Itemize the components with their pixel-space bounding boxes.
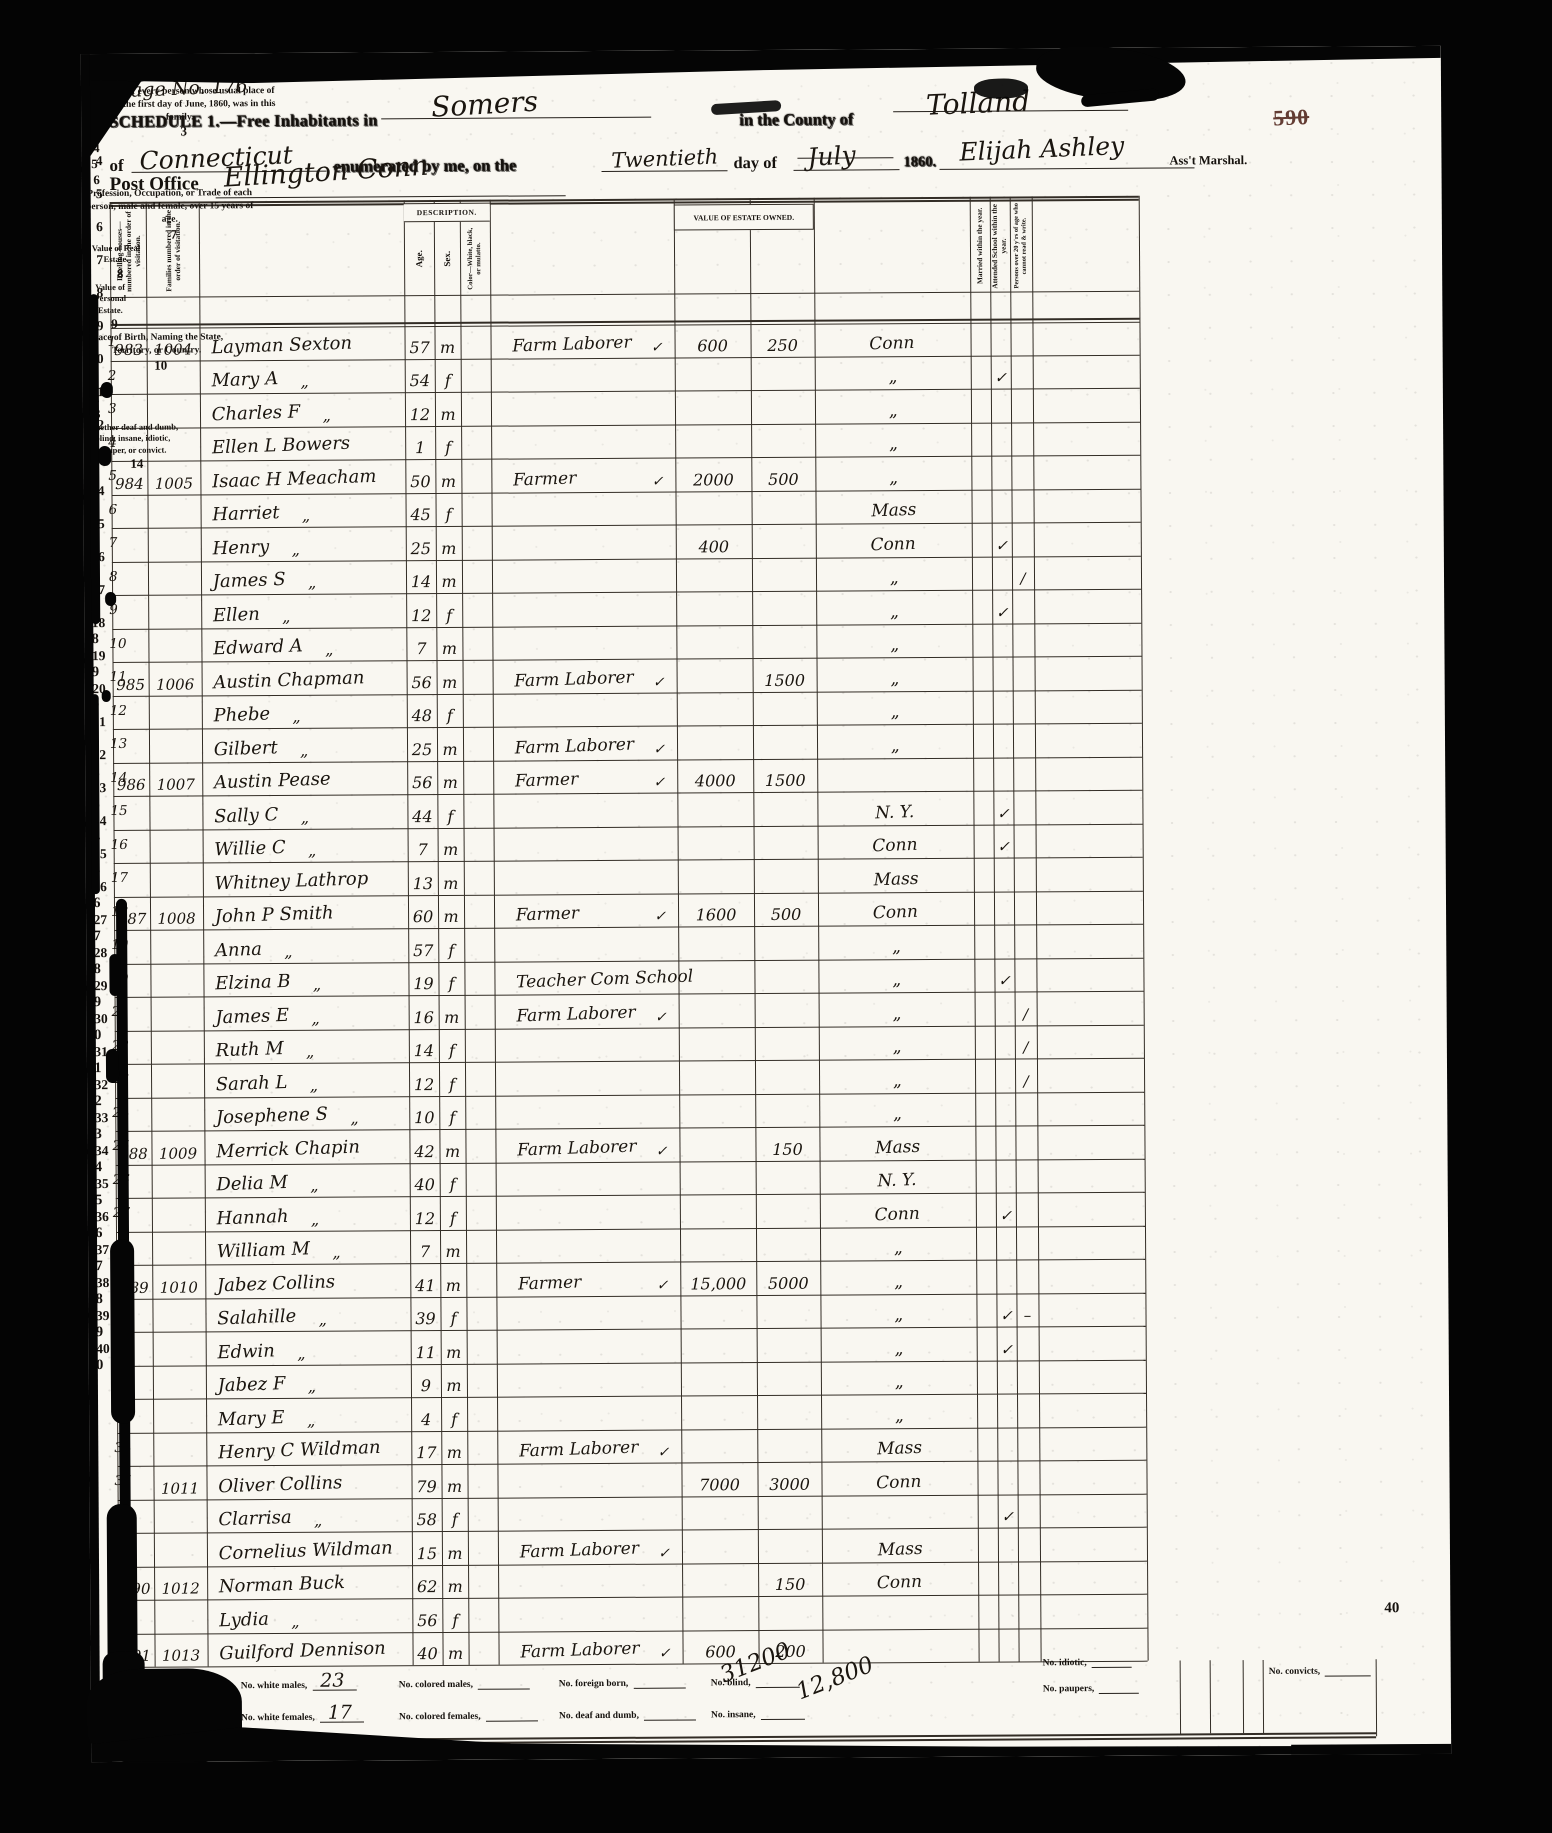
ditto-mark: „ [332, 1243, 340, 1262]
cell-cannot-read-mark-text: – [1024, 1306, 1032, 1324]
column-header-label: Families numbered in the order of visita… [163, 208, 182, 295]
cell-real-estate-value: 400 [677, 524, 751, 558]
cell-sex-text: m [443, 840, 458, 859]
cell-sex: f [437, 593, 461, 627]
cell-sex-text: f [448, 974, 454, 993]
cell-birthplace: „ [818, 724, 972, 758]
year-printed: 1860. [903, 154, 936, 171]
cell-age: 41 [411, 1263, 439, 1297]
row-number-left-handwritten: 1 [108, 334, 117, 350]
day-blank-line [602, 170, 728, 172]
cell-sex: f [443, 1598, 467, 1632]
cell-birthplace-text: „ [890, 668, 899, 688]
person-name: Edward A [213, 635, 303, 659]
cell-family-number: 1012 [155, 1566, 206, 1600]
cell-sex: f [441, 1162, 465, 1196]
cell-age: 39 [411, 1297, 439, 1331]
cell-sex: m [442, 1363, 466, 1397]
cell-attended-school-mark-text: ✓ [997, 804, 1010, 822]
cell-age-text: 56 [412, 773, 432, 792]
cell-sex: f [440, 1028, 464, 1062]
cell-cannot-read-mark: / [1016, 991, 1036, 1025]
cell-real-estate-value: 1600 [679, 893, 753, 927]
ink-blob [105, 592, 116, 606]
column-line [490, 200, 500, 1665]
cell-family-number-text: 1012 [162, 1579, 200, 1597]
cell-birthplace: „ [817, 623, 971, 657]
cell-family-number-text: 1011 [161, 1479, 199, 1497]
column-line [674, 199, 684, 1664]
cell-personal-estate-value-text: 150 [775, 1575, 806, 1594]
person-name: Delia M [216, 1172, 288, 1195]
person-name: Ellen [213, 603, 261, 626]
cell-age-text: 12 [415, 1209, 435, 1228]
cell-name: Norman Buck [219, 1565, 410, 1600]
cell-birthplace: Mass [816, 489, 970, 523]
description-section-label: DESCRIPTION. [404, 204, 490, 223]
cell-dwelling-number: 984 [112, 461, 146, 495]
cell-birthplace: N. Y. [821, 1159, 975, 1193]
cell-attended-school-mark: ✓ [998, 1326, 1016, 1360]
cell-birthplace-text: „ [889, 601, 898, 621]
ditto-mark: „ [325, 640, 333, 659]
cell-profession: Farm Laborer✓ [515, 659, 665, 693]
cell-birthplace: „ [821, 1293, 975, 1327]
cell-birthplace-text: „ [889, 568, 898, 588]
cell-age-text: 11 [415, 1343, 435, 1362]
cell-name: Ellen L Bowers [212, 426, 403, 461]
ditto-mark: „ [291, 1611, 299, 1630]
cell-birthplace-text: Mass [870, 500, 916, 522]
cell-sex-text: f [450, 1309, 456, 1328]
footer-right-line [1376, 1659, 1378, 1736]
cell-personal-estate-value-text: 500 [771, 905, 802, 924]
marshal-handwritten: Elijah Ashley [959, 131, 1125, 167]
cell-birthplace: Conn [819, 824, 973, 858]
cell-profession: Farmer✓ [515, 759, 665, 793]
person-name: James E [215, 1004, 289, 1027]
cell-birthplace: „ [822, 1394, 976, 1428]
cell-birthplace-text: „ [894, 1372, 903, 1392]
cell-name: Sarah L„ [216, 1062, 407, 1097]
cell-birthplace-text: Conn [876, 1471, 922, 1493]
cell-attended-school-mark: ✓ [993, 522, 1011, 556]
cell-birthplace-text: „ [892, 1104, 901, 1124]
person-name: Norman Buck [219, 1572, 346, 1597]
cell-age-text: 12 [410, 405, 430, 424]
person-name: Ruth M [215, 1038, 284, 1061]
ink-blob [106, 1049, 119, 1083]
cell-age-text: 50 [410, 472, 430, 491]
footer-item-insane_label: No. insane, [711, 1700, 805, 1721]
cell-sex: f [440, 1062, 464, 1096]
row-number-left-handwritten: 15 [110, 803, 127, 819]
marshal-blank-line [940, 167, 1195, 170]
cell-sex-text: f [445, 438, 451, 457]
census-scan-page: Page No. 176 SCHEDULE 1.—Free Inhabitant… [81, 46, 1451, 1762]
cell-birthplace: „ [820, 992, 974, 1026]
cell-name: Layman Sexton [211, 325, 402, 360]
cell-attended-school-mark: ✓ [997, 1192, 1015, 1226]
cell-age: 14 [407, 560, 435, 594]
cell-real-estate-value: 4000 [678, 759, 752, 793]
page-stamp: 590 [1273, 104, 1310, 131]
cell-sex: m [437, 626, 461, 660]
cell-real-estate-value-text: 4000 [695, 771, 736, 790]
cell-birthplace: „ [822, 1360, 976, 1394]
footer-blank-line [761, 1705, 805, 1720]
cell-sex: m [443, 1631, 467, 1665]
cell-personal-estate-value: 1500 [754, 758, 816, 792]
cell-attended-school-mark-text: ✓ [1000, 1307, 1013, 1325]
footer-blank-line [1099, 1679, 1139, 1694]
cell-sex-text: m [446, 1376, 461, 1395]
cell-personal-estate-value: 500 [752, 457, 814, 491]
cell-cannot-read-mark: – [1017, 1293, 1037, 1327]
cell-name: Elzina B„ [215, 962, 406, 997]
cell-family-number-text: 1006 [156, 675, 194, 693]
cell-sex-text: m [448, 1644, 463, 1663]
footer-column-line [1263, 1660, 1265, 1733]
profession-check-mark: ✓ [656, 1143, 668, 1159]
cell-age: 44 [408, 794, 436, 828]
cell-age-text: 1 [415, 438, 425, 457]
cell-sex: m [442, 1464, 466, 1498]
cell-age: 14 [410, 1029, 438, 1063]
profession-text: Farmer [515, 903, 579, 925]
cell-age: 25 [408, 727, 436, 761]
person-name: Gilbert [213, 737, 278, 760]
row-number-left-handwritten: 16 [111, 836, 128, 852]
cell-attended-school-mark-text: ✓ [998, 972, 1011, 990]
cell-birthplace: „ [817, 657, 971, 691]
cell-real-estate-value: 2000 [676, 457, 750, 491]
cell-name: Merrick Chapin [216, 1129, 407, 1164]
cell-family-number-text: 1009 [159, 1144, 197, 1162]
column-header-13: Persons over 20 y'rs of age who cannot r… [1011, 202, 1032, 289]
cell-sex-text: m [448, 1577, 463, 1596]
cell-age-text: 4 [421, 1410, 431, 1429]
person-name: Mary A [211, 368, 278, 391]
cell-sex: m [436, 459, 460, 493]
footer-column-line [1210, 1660, 1212, 1733]
cell-sex-text: m [444, 1007, 459, 1026]
cell-family-number-text: 1004 [154, 340, 192, 358]
cell-attended-school-mark-text: ✓ [1000, 1340, 1013, 1358]
cell-age: 4 [412, 1397, 440, 1431]
cell-birthplace: „ [816, 355, 970, 389]
row-number-left-handwritten: 6 [109, 501, 118, 517]
cell-family-number: 1006 [150, 661, 201, 695]
cell-attended-school-mark-text: ✓ [996, 603, 1009, 621]
cell-birthplace: „ [820, 1092, 974, 1126]
cell-sex-text: m [447, 1476, 462, 1495]
cell-name: Josephene S„ [216, 1096, 407, 1131]
cell-birthplace: „ [820, 1025, 974, 1059]
cell-sex: f [442, 1397, 466, 1431]
cell-profession: Teacher Com School [516, 960, 666, 994]
ditto-mark: „ [308, 1377, 316, 1396]
cell-age: 7 [407, 627, 435, 661]
ink-blob [1291, 1744, 1451, 1755]
footer-value: 17 [328, 1702, 352, 1724]
cell-age-text: 79 [416, 1477, 436, 1496]
cell-profession: Farm Laborer✓ [520, 1530, 670, 1564]
cell-sex: m [441, 1229, 465, 1263]
cell-age-text: 7 [418, 840, 428, 859]
cell-birthplace-text: Mass [877, 1538, 923, 1560]
cell-name: Edwin„ [218, 1330, 409, 1365]
footer-item-idiotic_label: No. idiotic, [1043, 1648, 1132, 1669]
corner-page-number: 40 [1384, 1600, 1399, 1617]
cell-birthplace-text: Conn [869, 332, 915, 354]
cell-birthplace-text: Conn [872, 835, 918, 857]
cell-age-text: 56 [417, 1611, 437, 1630]
cell-family-number: 1005 [148, 460, 199, 494]
cell-sex: f [436, 358, 460, 392]
profession-check-mark: ✓ [658, 1445, 670, 1461]
cell-sex-text: m [445, 1242, 460, 1261]
footer-item-colored_males_label: No. colored males, [399, 1669, 530, 1690]
cell-real-estate-value: 15,000 [681, 1261, 755, 1295]
footer-label: No. colored females, [399, 1712, 481, 1722]
cell-sex-text: f [449, 1108, 455, 1127]
cell-age: 10 [410, 1096, 438, 1130]
cell-birthplace-text: „ [893, 1305, 902, 1325]
cell-birthplace: „ [818, 690, 972, 724]
cell-dwelling-number: 983 [111, 327, 145, 361]
cell-age: 1 [406, 426, 434, 460]
cell-profession: Farmer✓ [516, 893, 666, 927]
cell-attended-school-mark-text: ✓ [1000, 1206, 1013, 1224]
column-header-label: Attended School within the year. [991, 203, 1009, 290]
cell-sex: f [441, 1296, 465, 1330]
person-name: Jabez Collins [217, 1271, 336, 1296]
person-name: William M [216, 1238, 310, 1262]
column-header-4: Age. [405, 224, 433, 293]
ink-blob [110, 1239, 135, 1424]
footer-item-convicts_label: No. convicts, [1269, 1656, 1372, 1677]
ink-blob [101, 382, 113, 398]
cell-sex: m [439, 861, 463, 895]
cell-name: Henry„ [213, 526, 404, 561]
profession-text: Farm Laborer [520, 1638, 640, 1662]
footer-label: No. paupers, [1043, 1684, 1095, 1694]
cell-age-text: 13 [413, 874, 433, 893]
ditto-mark: „ [307, 1410, 315, 1429]
cell-age-text: 56 [411, 673, 431, 692]
cell-sex: f [439, 961, 463, 995]
cell-age: 13 [409, 861, 437, 895]
cell-birthplace-text: „ [892, 1003, 901, 1023]
cell-birthplace-text: „ [891, 936, 900, 956]
cell-age-text: 17 [416, 1443, 436, 1462]
cell-birthplace-text: „ [888, 434, 897, 454]
cell-age: 57 [405, 325, 433, 359]
cell-name: Austin Chapman [214, 660, 405, 695]
cell-cannot-read-mark-text: / [1020, 569, 1025, 587]
cell-profession: Farm Laborer✓ [515, 726, 665, 760]
profession-text: Farm Laborer [519, 1538, 639, 1562]
cell-sex: f [436, 425, 460, 459]
cell-age-text: 10 [414, 1108, 434, 1127]
footer-blank-line [1325, 1661, 1371, 1676]
person-name: Hannah [216, 1205, 289, 1228]
column-line [750, 198, 760, 1663]
footer-label: No. colored males, [399, 1680, 473, 1690]
cell-age: 48 [408, 694, 436, 728]
column-line [1139, 196, 1149, 1661]
cell-cannot-read-mark-text: / [1023, 1038, 1028, 1056]
value-estate-section-label: VALUE OF ESTATE OWNED. [674, 204, 814, 231]
profession-text: Farmer [518, 1272, 582, 1294]
cell-age-text: 42 [414, 1142, 434, 1161]
person-name: Josephene S [216, 1104, 329, 1129]
cell-age: 17 [412, 1431, 440, 1465]
cell-age-text: 25 [411, 539, 431, 558]
cell-birthplace: Conn [815, 322, 969, 356]
cell-birthplace: „ [816, 456, 970, 490]
cell-birthplace: Conn [817, 523, 971, 557]
ditto-mark: „ [308, 841, 316, 860]
cell-sex-text: f [447, 806, 453, 825]
cell-attended-school-mark-text: ✓ [994, 369, 1007, 387]
footer-value: 23 [320, 1670, 344, 1692]
cell-sex: m [443, 1531, 467, 1565]
cell-sex: m [440, 1129, 464, 1163]
cell-sex: m [438, 727, 462, 761]
column-header-label: Persons over 20 y'rs of age who cannot r… [1013, 202, 1029, 289]
person-name: Willie C [214, 837, 286, 860]
cell-sex-text: f [452, 1610, 458, 1629]
cell-birthplace: „ [816, 389, 970, 423]
column-header-label: Sex. [442, 251, 453, 267]
person-name: Merrick Chapin [216, 1136, 360, 1162]
cell-real-estate-value-text: 1600 [696, 905, 737, 924]
cell-age: 54 [406, 359, 434, 393]
cell-personal-estate-value-text: 5000 [768, 1273, 809, 1292]
cell-age-text: 40 [417, 1644, 437, 1663]
cell-profession: Farm Laborer✓ [517, 1128, 667, 1162]
cell-birthplace: „ [819, 925, 973, 959]
cell-birthplace-text: „ [888, 400, 897, 420]
cell-age: 56 [413, 1598, 441, 1632]
cell-age: 12 [410, 1062, 438, 1096]
person-name: Anna [215, 938, 263, 961]
cell-sex: m [441, 1263, 465, 1297]
cell-family-number-text: 1010 [160, 1278, 198, 1296]
cell-name: Guilford Dennison [219, 1632, 410, 1667]
column-header-label: Age. [414, 250, 425, 267]
cell-birthplace: Conn [823, 1561, 977, 1595]
person-name: Sally C [214, 804, 279, 827]
person-name: Oliver Collins [218, 1472, 343, 1497]
cell-sex-text: m [446, 1275, 461, 1294]
cell-personal-estate-value-text: 3000 [769, 1474, 810, 1493]
person-name: Austin Chapman [213, 667, 365, 693]
cell-personal-estate-value-text: 250 [767, 335, 798, 354]
cell-sex-text: m [447, 1543, 462, 1562]
footer-blank-line [644, 1705, 696, 1720]
person-name: Austin Pease [214, 768, 331, 793]
cell-profession: Farm Laborer✓ [517, 994, 667, 1028]
cell-sex: m [439, 894, 463, 928]
cell-name: Salahille„ [217, 1297, 408, 1332]
cell-birthplace-text: Conn [875, 1203, 921, 1225]
person-name: Henry [212, 536, 269, 559]
cell-cannot-read-mark: / [1016, 1058, 1036, 1092]
cell-attended-school-mark-text: ✓ [997, 838, 1010, 856]
cell-age: 9 [412, 1364, 440, 1398]
cell-name: Clarrisa„ [219, 1498, 410, 1533]
cell-birthplace: Mass [819, 858, 973, 892]
cell-sex: m [440, 995, 464, 1029]
cell-birthplace: Mass [820, 1126, 974, 1160]
cell-age: 79 [412, 1464, 440, 1498]
footer-blank-line [486, 1706, 538, 1721]
person-name: Henry C Wildman [218, 1437, 381, 1464]
cell-attended-school-mark: ✓ [992, 355, 1010, 389]
cell-attended-school-mark: ✓ [994, 790, 1012, 824]
day-handwritten: Twentieth [611, 144, 719, 172]
cell-age: 7 [411, 1230, 439, 1264]
row-number-left-handwritten: 10 [109, 635, 126, 651]
cell-attended-school-mark: ✓ [999, 1494, 1017, 1528]
ink-blob [109, 954, 120, 996]
cell-age-text: 57 [409, 338, 429, 357]
cell-sex: f [441, 1196, 465, 1230]
person-name: Elzina B [215, 971, 291, 995]
profession-check-mark: ✓ [655, 1009, 667, 1025]
footer-item-paupers_label: No. paupers, [1043, 1674, 1140, 1695]
cell-name: Harriet„ [212, 493, 403, 528]
cell-age: 45 [406, 493, 434, 527]
cell-personal-estate-value: 500 [755, 892, 817, 926]
person-name: John P Smith [214, 902, 333, 927]
footer-label: No. convicts, [1269, 1667, 1321, 1677]
cell-age-text: 54 [410, 371, 430, 390]
person-name: Mary E [217, 1407, 284, 1430]
cell-age: 15 [413, 1531, 441, 1565]
cell-birthplace: „ [817, 556, 971, 590]
cell-age: 7 [409, 828, 437, 862]
ditto-mark: „ [284, 941, 292, 960]
cell-age-text: 41 [415, 1276, 435, 1295]
person-name: Phebe [213, 703, 270, 726]
person-name: Whitney Lathrop [214, 868, 368, 894]
ditto-mark: „ [323, 405, 331, 424]
column-header-1: Dwelling-houses—numbered in the order of… [111, 208, 146, 295]
cell-family-number-text: 1005 [155, 474, 193, 492]
profession-check-mark: ✓ [657, 1277, 669, 1293]
footer-item-white_females_label: No. white females,17 [241, 1702, 364, 1723]
cell-sex: m [438, 660, 462, 694]
cell-personal-estate-value-text: 1500 [764, 670, 805, 689]
cell-personal-estate-value-text: 500 [768, 469, 799, 488]
cell-age-text: 60 [413, 907, 433, 926]
person-name: Sarah L [215, 1071, 287, 1094]
cell-sex: m [436, 392, 460, 426]
person-name: James S [212, 569, 286, 592]
cell-name: Anna„ [215, 928, 406, 963]
cell-birthplace-text: „ [893, 1271, 902, 1291]
cell-age: 16 [410, 995, 438, 1029]
footer-item-foreign_born_label: No. foreign born, [559, 1669, 686, 1690]
cell-dwelling-number-text: 983 [114, 340, 143, 358]
county-label: in the County of [739, 109, 853, 130]
cell-age-text: 58 [417, 1510, 437, 1529]
cell-sex: m [443, 1564, 467, 1598]
